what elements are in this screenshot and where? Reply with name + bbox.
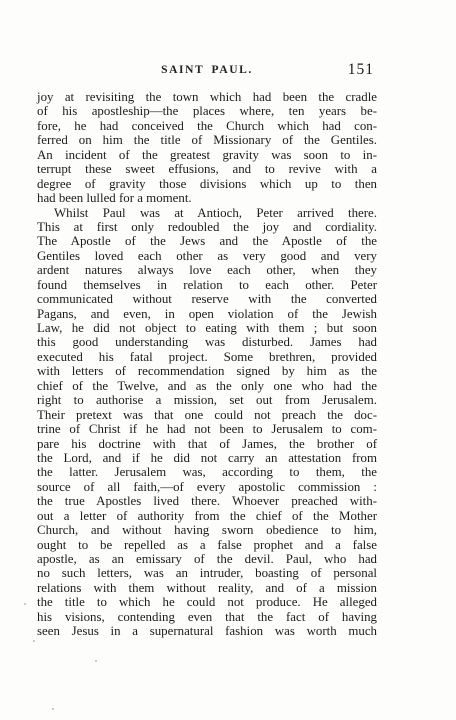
text-line: joy at revisiting the town which had bee… [37, 90, 377, 104]
text-line: no such letters, was an intruder, boasti… [37, 566, 377, 580]
text-block: joy at revisiting the town which had bee… [37, 90, 377, 639]
text-line: fore, he had conceived the Church which … [37, 119, 377, 133]
text-line: This at first only redoubled the joy and… [37, 220, 377, 234]
text-line: Law, he did not object to eating with th… [37, 321, 377, 335]
text-line: this good understanding was disturbed. J… [37, 335, 377, 349]
text-line: relations with them without reality, and… [37, 581, 377, 595]
text-line: trine of Christ if he had not been to Je… [37, 422, 377, 436]
scan-speck [24, 603, 26, 605]
text-line: the Lord, and if he did not carry an att… [37, 451, 377, 465]
text-line: Church, and without having sworn obedien… [37, 523, 377, 537]
text-line: the title to which he could not produce.… [37, 595, 377, 609]
text-line: Whilst Paul was at Antioch, Peter arrive… [37, 206, 377, 220]
paragraph: Whilst Paul was at Antioch, Peter arrive… [37, 206, 377, 639]
text-line: Their pretext was that one could not pre… [37, 408, 377, 422]
text-line: Pagans, and even, in open violation of t… [37, 307, 377, 321]
text-line: terrupt these sweet effusions, and to re… [37, 162, 377, 176]
text-line: seen Jesus in a supernatural fashion was… [37, 624, 377, 638]
text-line: with letters of recommendation signed by… [37, 364, 377, 378]
text-line: out a letter of authority from the chief… [37, 509, 377, 523]
paragraph: joy at revisiting the town which had bee… [37, 90, 377, 206]
scan-speck [33, 640, 35, 642]
scan-speck [95, 660, 97, 662]
scan-speck [52, 708, 54, 710]
text-line: ferred on him the title of Missionary of… [37, 133, 377, 147]
text-line: found themselves in relation to each oth… [37, 278, 377, 292]
running-title: SAINT PAUL. [37, 64, 377, 76]
text-line: his visions, contending even that the fa… [37, 610, 377, 624]
running-head: SAINT PAUL. 151 [37, 61, 377, 79]
text-line: apostle, as an emissary of the devil. Pa… [37, 552, 377, 566]
text-line: executed his fatal project. Some brethre… [37, 350, 377, 364]
text-line: The Apostle of the Jews and the Apostle … [37, 234, 377, 248]
text-line: ardent natures always love each other, w… [37, 263, 377, 277]
book-page: SAINT PAUL. 151 joy at revisiting the to… [0, 0, 456, 720]
text-line: the latter. Jerusalem was, according to … [37, 465, 377, 479]
text-line: source of all faith,—of every apostolic … [37, 480, 377, 494]
text-line: degree of gravity those divisions which … [37, 177, 377, 191]
text-line: chief of the Twelve, and as the only one… [37, 379, 377, 393]
text-line: right to authorise a mission, set out fr… [37, 393, 377, 407]
text-line: had been lulled for a moment. [37, 191, 377, 205]
text-line: communicated without reserve with the co… [37, 292, 377, 306]
text-line: the true Apostles lived there. Whoever p… [37, 494, 377, 508]
text-line: ought to be repelled as a false prophet … [37, 538, 377, 552]
page-number: 151 [348, 61, 374, 79]
text-line: An incident of the greatest gravity was … [37, 148, 377, 162]
text-line: pare his doctrine with that of James, th… [37, 437, 377, 451]
text-line: Gentiles loved each other as very good a… [37, 249, 377, 263]
text-line: of his apostleship—the places where, ten… [37, 104, 377, 118]
